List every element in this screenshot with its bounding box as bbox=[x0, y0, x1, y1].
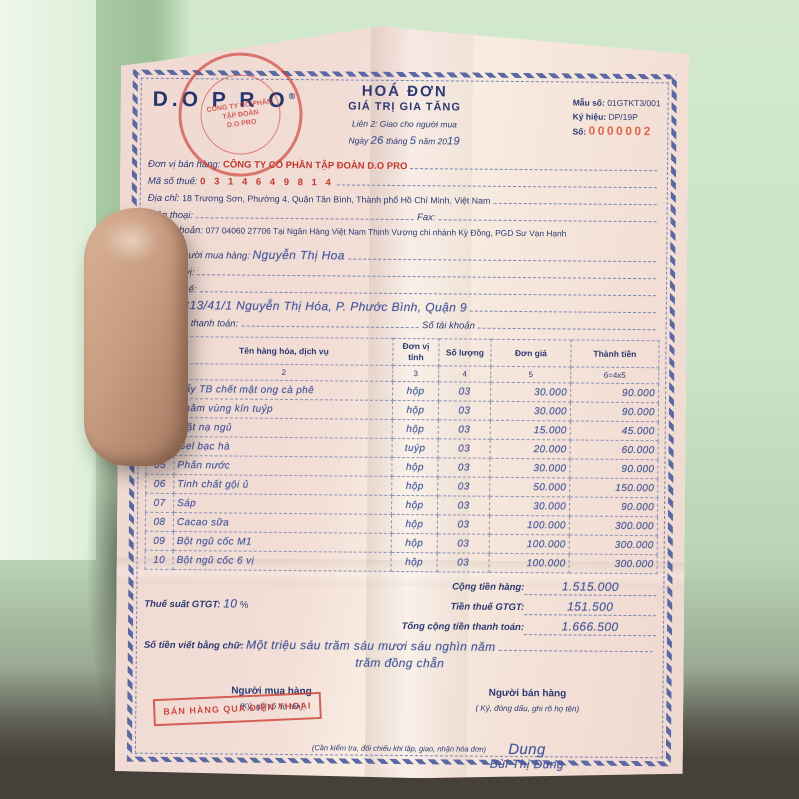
invoice-meta: Mẫu số: 01GTKT3/001 Ký hiệu: DP/19P Số: … bbox=[572, 95, 660, 139]
subtotal-line: Cộng tiền hàng: 1.515.000 bbox=[144, 576, 656, 596]
form-number-line: Mẫu số: 01GTKT3/001 bbox=[573, 95, 661, 110]
row-unit: hộp bbox=[392, 400, 438, 419]
table-row: 10 Bột ngũ cốc 6 vị hộp 03 100.000 300.0… bbox=[145, 550, 657, 573]
seller-tax-value: 0 3 1 4 6 4 9 8 1 4 bbox=[200, 174, 334, 190]
account-suffix-label: Số tài khoản bbox=[422, 318, 475, 333]
grand-total-handwritten: 1.666.500 bbox=[524, 619, 656, 636]
wall-light-strip bbox=[0, 0, 96, 560]
row-price: 100.000 bbox=[489, 534, 569, 554]
row-amount: 90.000 bbox=[571, 383, 659, 403]
row-price: 100.000 bbox=[489, 515, 569, 535]
row-qty: 03 bbox=[437, 534, 489, 553]
seller-signature-subtitle: ( Ký, đóng dấu, ghi rõ họ tên) bbox=[399, 700, 655, 717]
vat-amount-label: Tiền thuế GTGT: bbox=[451, 599, 525, 615]
copy-line: Liên 2: Giao cho người mua bbox=[268, 116, 540, 133]
row-name: Tinh chất gội ủ bbox=[174, 475, 392, 496]
dotted-line bbox=[200, 280, 656, 296]
holding-thumb bbox=[84, 208, 188, 466]
serial-line: Ký hiệu: DP/19P bbox=[573, 109, 661, 124]
dotted-line bbox=[493, 192, 656, 205]
items-table: STT Tên hàng hóa, dịch vụ Đơn vị tính Số… bbox=[145, 336, 660, 574]
seller-tax-label: Mã số thuế: bbox=[148, 174, 198, 189]
vat-rate-label: Thuế suất GTGT: bbox=[144, 597, 220, 613]
payment-method-line: Hình thức thanh toán: Số tài khoản bbox=[147, 314, 659, 335]
subtotal-value-handwritten: 1.515.000 bbox=[524, 579, 656, 596]
row-amount: 300.000 bbox=[569, 516, 657, 536]
seller-address-label: Địa chỉ: bbox=[148, 191, 180, 206]
row-price: 20.000 bbox=[490, 439, 570, 459]
row-unit: tuýp bbox=[392, 438, 438, 457]
grand-total-label: Tổng cộng tiền thanh toán: bbox=[402, 619, 525, 635]
seller-unit-value: CÔNG TY CỔ PHẦN TẬP ĐOÀN D.O PRO bbox=[223, 157, 408, 174]
col-header-amount: Thành tiền bbox=[571, 340, 659, 368]
row-unit: hộp bbox=[392, 457, 438, 476]
dotted-line bbox=[410, 157, 657, 171]
dotted-line bbox=[337, 173, 657, 188]
invoice-number: 0000002 bbox=[589, 124, 653, 139]
form-value: 01GTKT3/001 bbox=[607, 98, 660, 108]
row-amount: 90.000 bbox=[570, 459, 658, 479]
brand-text: D.O P R O bbox=[153, 88, 289, 112]
row-name: Bột ngũ cốc M1 bbox=[173, 532, 391, 553]
colnum-6: 6=4x5 bbox=[571, 367, 659, 384]
col-header-price: Đơn giá bbox=[491, 339, 571, 367]
row-amount: 45.000 bbox=[570, 421, 658, 441]
row-qty: 03 bbox=[438, 477, 490, 496]
photo-canvas: CÔNG TY CỔ PHẦN TẬP ĐOÀN D.O PRO D.O P R… bbox=[0, 0, 799, 799]
row-qty: 03 bbox=[437, 515, 489, 534]
date-month-handwritten: 5 bbox=[410, 135, 417, 147]
row-unit: hộp bbox=[392, 419, 438, 438]
row-stt: 07 bbox=[146, 493, 174, 512]
row-name: Sáp bbox=[174, 494, 392, 515]
colnum-4: 4 bbox=[439, 366, 491, 382]
row-qty: 03 bbox=[438, 439, 490, 458]
vat-rate-handwritten: 10 bbox=[223, 596, 237, 611]
dotted-line bbox=[499, 639, 653, 652]
form-label: Mẫu số: bbox=[573, 97, 605, 107]
buyer-name-handwritten: Nguyễn Thị Hoa bbox=[252, 248, 344, 264]
row-unit: hộp bbox=[391, 552, 437, 571]
seller-fax-label: Fax: bbox=[417, 210, 436, 225]
row-name: Tẩy TB chết mật ong cà phê bbox=[175, 380, 393, 401]
col-header-qty: Số lượng bbox=[439, 339, 491, 366]
amount-words-label: Số tiền viết bằng chữ: bbox=[144, 638, 244, 654]
invoice-paper: CÔNG TY CỔ PHẦN TẬP ĐOÀN D.O PRO D.O P R… bbox=[115, 24, 690, 781]
spacer bbox=[144, 587, 452, 590]
row-price: 30.000 bbox=[490, 458, 570, 478]
row-price: 15.000 bbox=[490, 420, 570, 440]
row-amount: 90.000 bbox=[570, 402, 658, 422]
totals-section: Cộng tiền hàng: 1.515.000 Thuế suất GTGT… bbox=[144, 576, 657, 673]
invoice-subtitle: GIÁ TRỊ GIA TĂNG bbox=[269, 99, 541, 116]
row-stt: 10 bbox=[145, 550, 173, 569]
dotted-line bbox=[439, 208, 657, 222]
subtotal-label: Cộng tiền hàng: bbox=[452, 579, 524, 595]
date-year-handwritten: 19 bbox=[447, 135, 460, 147]
row-name: Mặt nạ ngủ bbox=[174, 418, 392, 439]
number-line: Số: 0000002 bbox=[572, 123, 660, 139]
row-amount: 300.000 bbox=[569, 535, 657, 555]
date-day-handwritten: 26 bbox=[371, 135, 384, 147]
row-stt: 09 bbox=[145, 531, 173, 550]
spacer bbox=[144, 627, 402, 629]
row-qty: 03 bbox=[438, 458, 490, 477]
row-name: Phấn nước bbox=[174, 456, 392, 477]
row-price: 30.000 bbox=[491, 382, 571, 402]
amount-words-handwritten-1: Một triệu sáu trăm sáu mươi sáu nghìn nă… bbox=[246, 638, 495, 655]
seller-account-line: Số tài khoản: 077 04060 27706 Tại Ngân H… bbox=[147, 223, 659, 242]
dotted-line bbox=[348, 248, 657, 263]
invoice-titles: HOÁ ĐƠN GIÁ TRỊ GIA TĂNG Liên 2: Giao ch… bbox=[268, 83, 541, 150]
row-name: Thâm vùng kín tuýp bbox=[174, 399, 392, 420]
invoice-content: D.O P R O® HOÁ ĐƠN GIÁ TRỊ GIA TĂNG Liên… bbox=[143, 82, 661, 760]
dotted-line bbox=[470, 300, 656, 314]
col-header-unit: Đơn vị tính bbox=[393, 338, 439, 365]
row-price: 30.000 bbox=[490, 496, 570, 516]
seller-signature-block: Người bán hàng ( Ký, đóng dấu, ghi rõ họ… bbox=[399, 685, 656, 773]
row-name: Gel bạc hà bbox=[174, 437, 392, 458]
row-price: 100.000 bbox=[489, 553, 569, 573]
serial-value: DP/19P bbox=[608, 112, 637, 122]
date-prefix: Ngày bbox=[348, 136, 368, 146]
row-qty: 03 bbox=[438, 496, 490, 515]
grand-total-line: Tổng cộng tiền thanh toán: 1.666.500 bbox=[144, 616, 656, 636]
row-stt: 06 bbox=[146, 474, 174, 493]
row-qty: 03 bbox=[438, 401, 490, 420]
row-amount: 90.000 bbox=[570, 497, 658, 517]
row-unit: hộp bbox=[391, 533, 437, 552]
row-qty: 03 bbox=[437, 553, 489, 572]
spacer bbox=[248, 608, 450, 610]
row-amount: 60.000 bbox=[570, 440, 658, 460]
colnum-3: 3 bbox=[393, 365, 439, 381]
row-price: 50.000 bbox=[490, 477, 570, 497]
seller-account-value: 077 04060 27706 Tại Ngân Hàng Việt Nam T… bbox=[206, 223, 567, 241]
row-amount: 150.000 bbox=[570, 478, 658, 498]
amount-words-handwritten-2: trăm đồng chẵn bbox=[144, 654, 656, 673]
brand-logo: D.O P R O® bbox=[153, 88, 296, 108]
dotted-line bbox=[478, 317, 656, 331]
percent-sign: % bbox=[240, 598, 249, 613]
date-month-label: tháng bbox=[386, 136, 407, 146]
row-unit: hộp bbox=[393, 381, 439, 400]
row-stt: 08 bbox=[145, 512, 173, 531]
row-qty: 03 bbox=[439, 382, 491, 401]
date-year-label: năm 20 bbox=[419, 136, 447, 146]
row-unit: hộp bbox=[391, 514, 437, 533]
invoice-title: HOÁ ĐƠN bbox=[269, 83, 541, 100]
serial-label: Ký hiệu: bbox=[573, 111, 607, 121]
row-unit: hộp bbox=[392, 476, 438, 495]
colnum-2: 2 bbox=[175, 364, 393, 382]
seller-signature-name: Bùi Thị Dung bbox=[399, 756, 655, 773]
dotted-line bbox=[241, 315, 419, 329]
row-name: Bột ngũ cốc 6 vị bbox=[173, 551, 391, 572]
row-unit: hộp bbox=[392, 495, 438, 514]
row-name: Cacao sữa bbox=[173, 513, 391, 534]
row-qty: 03 bbox=[438, 420, 490, 439]
row-price: 30.000 bbox=[490, 401, 570, 421]
registered-mark: ® bbox=[289, 91, 296, 101]
vat-amount-handwritten: 151.500 bbox=[524, 599, 656, 616]
col-header-name: Tên hàng hóa, dịch vụ bbox=[175, 337, 393, 366]
date-line: Ngày 26 tháng 5 năm 2019 bbox=[268, 133, 540, 150]
buyer-address-handwritten: B13/41/1 Nguyễn Thị Hóa, P. Phước Bình, … bbox=[181, 298, 467, 315]
vat-line: Thuế suất GTGT: 10 % Tiền thuế GTGT: 151… bbox=[144, 596, 656, 616]
colnum-5: 5 bbox=[491, 366, 571, 383]
seller-unit-label: Đơn vị bán hàng: bbox=[148, 157, 220, 173]
dotted-line bbox=[196, 206, 414, 220]
row-amount: 300.000 bbox=[569, 554, 657, 574]
number-label: Số: bbox=[572, 126, 586, 136]
